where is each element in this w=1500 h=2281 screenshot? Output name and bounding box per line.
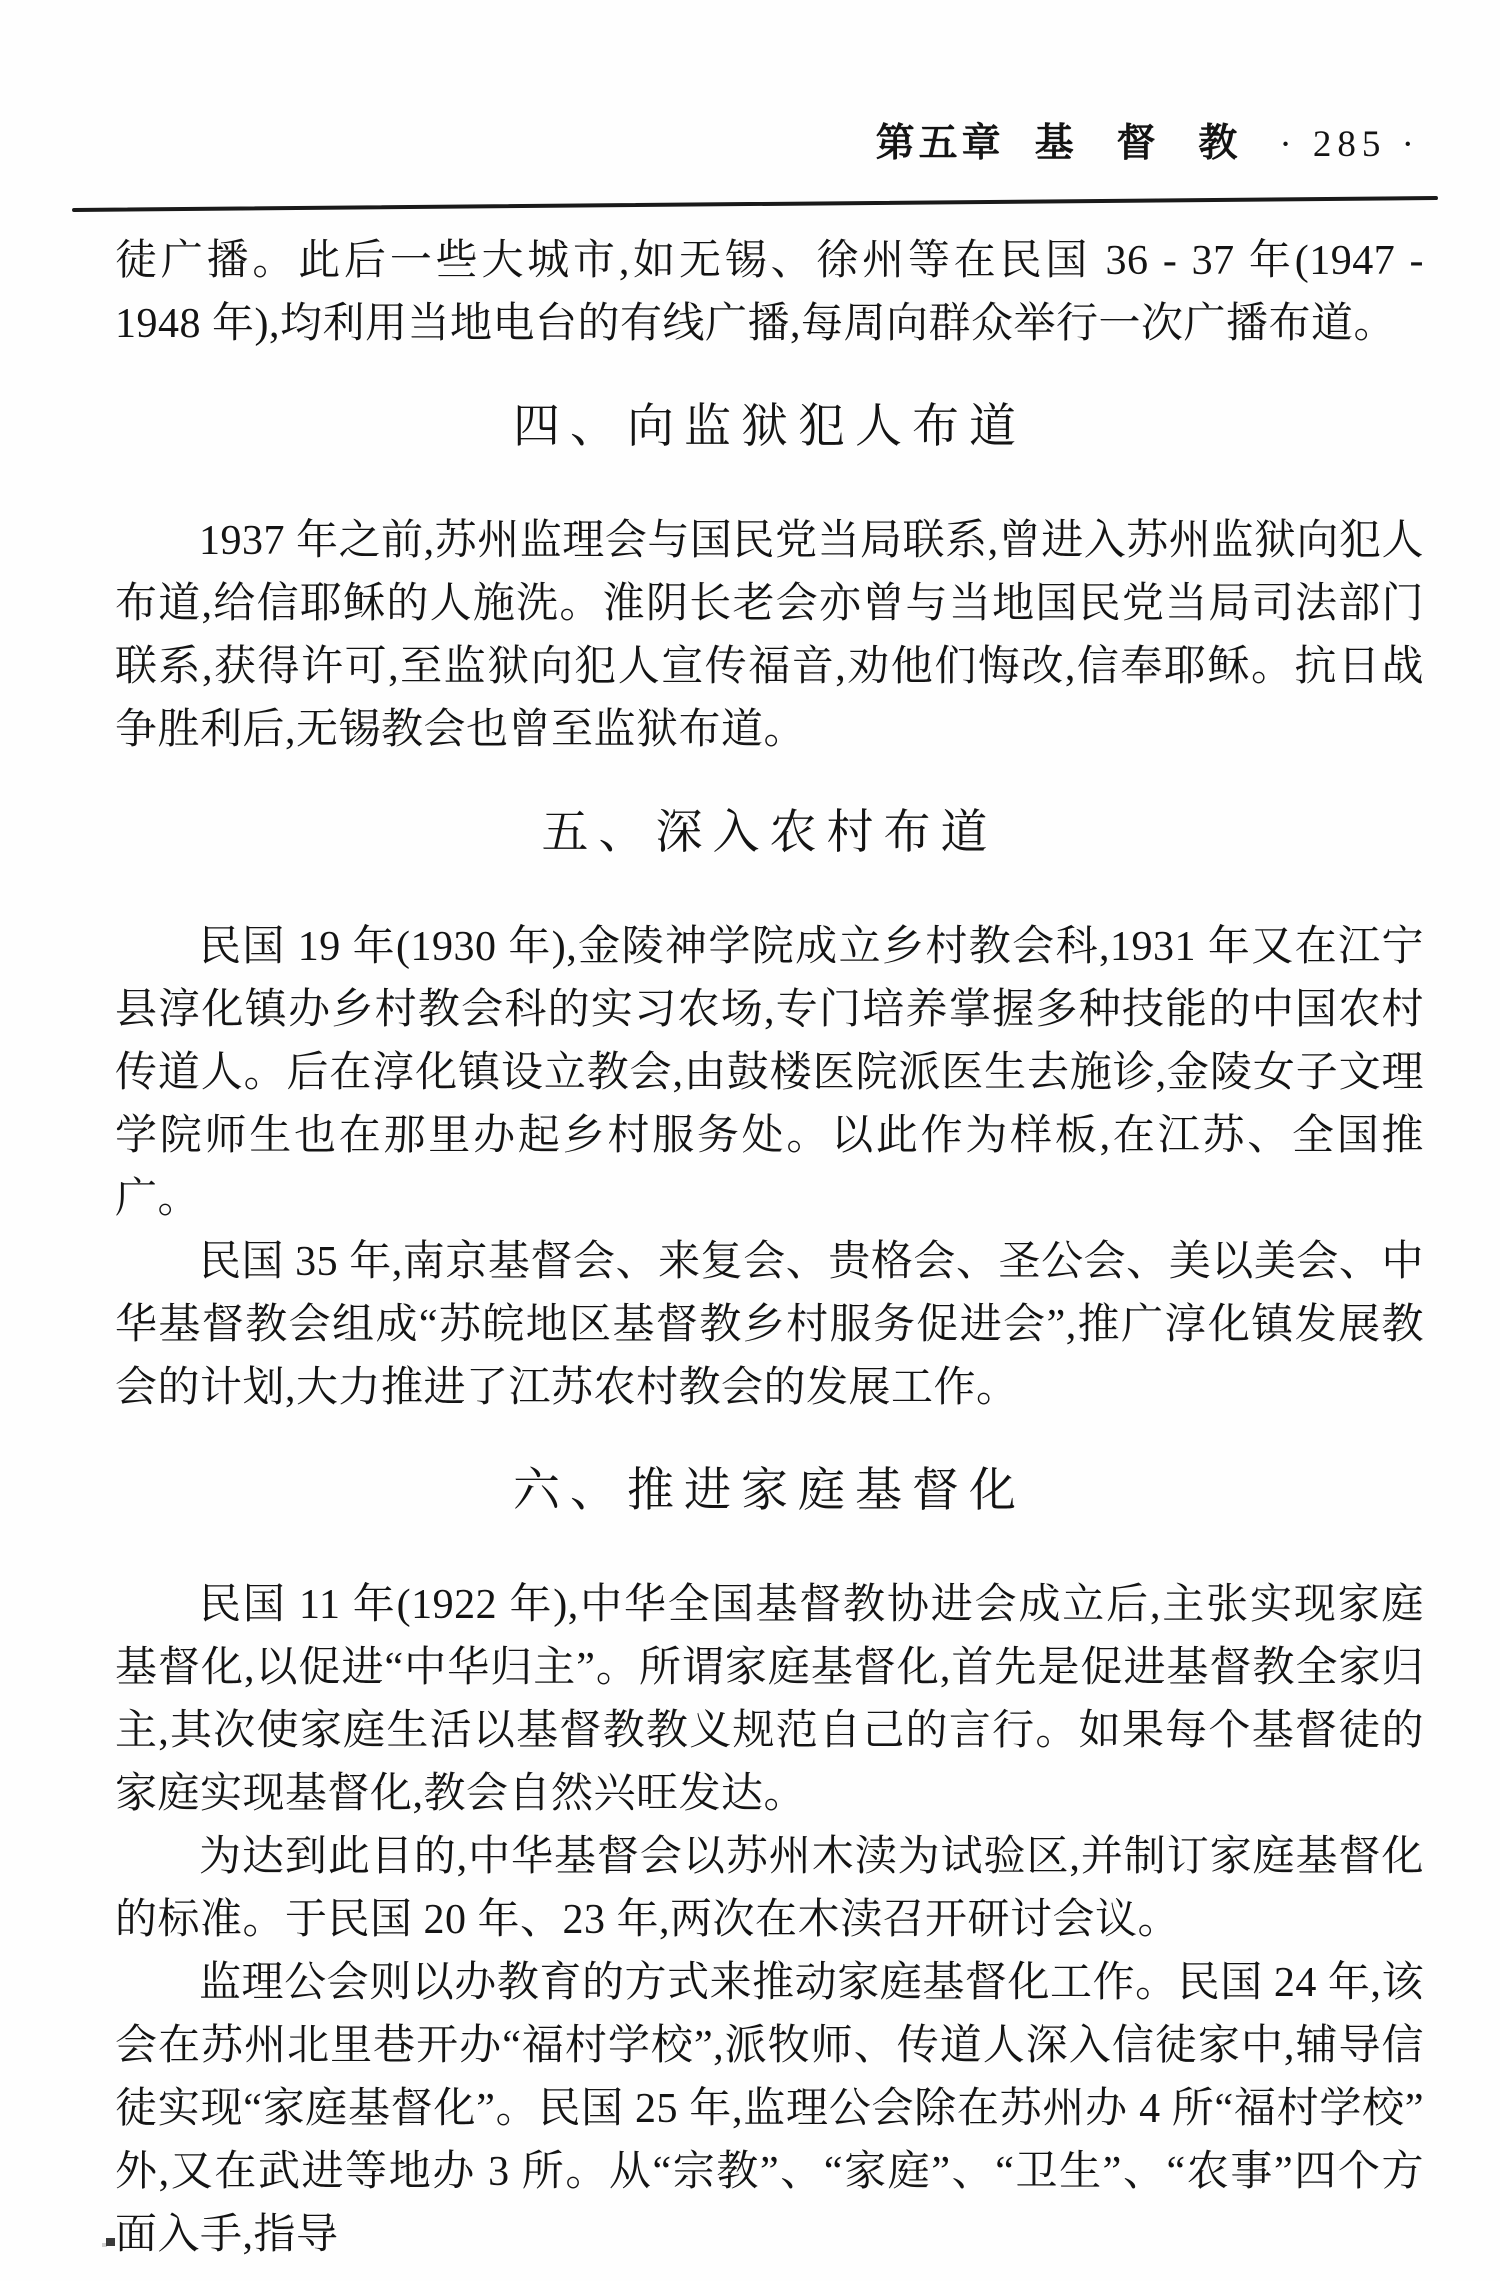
header-divider-rule: [72, 196, 1438, 212]
paragraph: 为达到此目的,中华基督会以苏州木渎为试验区,并制订家庭基督化的标准。于民国 20…: [115, 1826, 1424, 1952]
paragraph: 监理公会则以办教育的方式来推动家庭基督化工作。民国 24 年,该会在苏州北里巷开…: [115, 1952, 1424, 2267]
page-body: 徒广播。此后一些大城市,如无锡、徐州等在民国 36 - 37 年(1947 - …: [115, 230, 1424, 2267]
paragraph: 1937 年之前,苏州监理会与国民党当局联系,曾进入苏州监狱向犯人布道,给信耶稣…: [115, 510, 1424, 762]
section-heading-6: 六、推进家庭基督化: [115, 1458, 1424, 1524]
chapter-label: 第五章: [876, 122, 1005, 165]
paragraph-continuation: 徒广播。此后一些大城市,如无锡、徐州等在民国 36 - 37 年(1947 - …: [115, 230, 1424, 356]
paragraph: 民国 11 年(1922 年),中华全国基督教协进会成立后,主张实现家庭基督化,…: [115, 1574, 1424, 1826]
scan-ink-speck: [106, 2238, 115, 2246]
paragraph: 民国 35 年,南京基督会、来复会、贵格会、圣公会、美以美会、中华基督教会组成“…: [115, 1231, 1424, 1420]
page-number: · 285 ·: [1279, 124, 1420, 165]
section-heading-4: 四、向监狱犯人布道: [115, 394, 1424, 460]
paragraph: 民国 19 年(1930 年),金陵神学院成立乡村教会科,1931 年又在江宁县…: [115, 916, 1424, 1231]
book-title: 基 督 教: [1035, 122, 1254, 165]
running-head: 第五章 基 督 教 · 285 ·: [80, 116, 1420, 180]
book-page: 第五章 基 督 教 · 285 · 徒广播。此后一些大城市,如无锡、徐州等在民国…: [0, 0, 1500, 2281]
section-heading-5: 五、深入农村布道: [115, 800, 1424, 866]
